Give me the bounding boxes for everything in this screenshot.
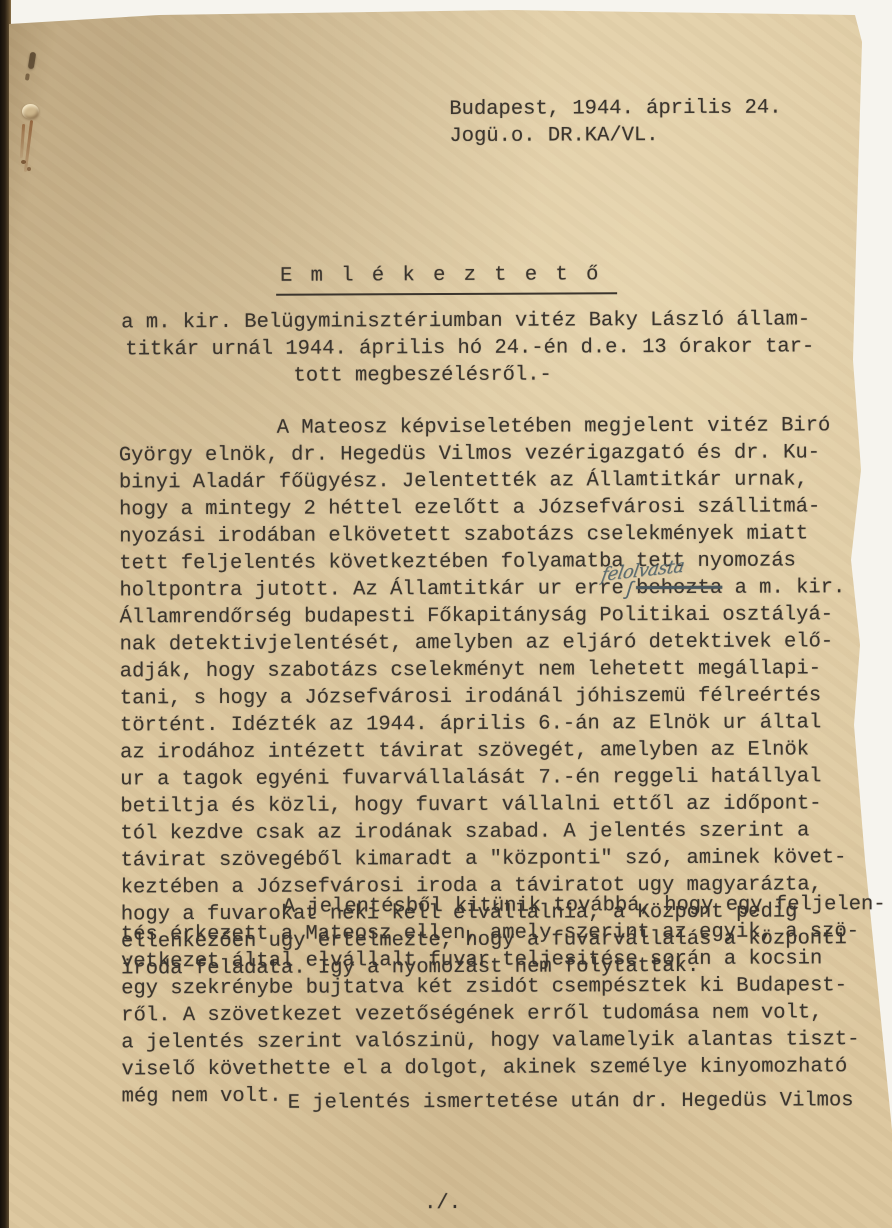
typed-line: nyozási irodában elkövetett szabotázs cs…	[119, 520, 845, 550]
body-paragraph-2: A jelentésből kitünik továbbá, hogy egy …	[121, 891, 887, 1110]
typed-line: tól kezdve csak az irodának szabad. A je…	[120, 817, 846, 847]
typed-line: az irodához intézett távirat szövegét, a…	[120, 736, 846, 766]
typed-line: ről. A szövetkezet vezetőségének erről t…	[121, 999, 886, 1029]
typed-text: holtpontra jutott. Az Államtitkár ur err…	[119, 577, 623, 602]
typed-line: egy szekrénybe bujtatva két zsidót csemp…	[121, 972, 886, 1002]
typed-line: ur a tagok egyéni fuvarvállalását 7.-én …	[120, 763, 846, 793]
typed-line: titkár urnál 1944. április hó 24.-én d.e…	[125, 333, 814, 363]
subject-paragraph: a m. kir. Belügyminisztériumban vitéz Ba…	[121, 306, 814, 390]
typed-line-with-correction: holtpontra jutott. Az Államtitkár ur err…	[119, 574, 845, 604]
rust-stain	[27, 167, 31, 171]
staple-hole-mark	[22, 104, 39, 119]
typed-line: a jelentés szerint valószinü, hogy valam…	[121, 1026, 886, 1056]
reference-line: Jogü.o. DR.KA/VL.	[449, 122, 781, 150]
typed-line: Államrendőrség budapesti Főkapitányság P…	[119, 601, 845, 631]
typed-line: a m. kir. Belügyminisztériumban vitéz Ba…	[121, 306, 814, 336]
typed-line: A jelentésből kitünik továbbá, hogy egy …	[121, 891, 886, 921]
typed-line: tett feljelentés következtében folyamatb…	[119, 547, 845, 577]
typed-line: távirat szövegéből kimaradt a "központi"…	[121, 844, 847, 874]
typed-line: A Mateosz képviseletében megjelent vitéz…	[119, 412, 845, 442]
page-continuation-mark: ./.	[424, 1190, 461, 1217]
typed-line: György elnök, dr. Hegedüs Vilmos vezérig…	[119, 439, 845, 469]
typed-line: történt. Idézték az 1944. április 6.-án …	[120, 709, 846, 739]
typed-text: a m. kir.	[722, 576, 845, 600]
typed-line: hogy a mintegy 2 héttel ezelőtt a József…	[119, 493, 845, 523]
rust-stain	[21, 160, 26, 164]
typed-line: tott megbeszélésről.-	[293, 360, 814, 389]
date-line: Budapest, 1944. április 24.	[449, 95, 781, 123]
typewritten-content: Budapest, 1944. április 24. Jogü.o. DR.K…	[0, 0, 892, 1228]
typed-line: adják, hogy szabotázs cselekményt nem le…	[120, 655, 846, 685]
closing-line: E jelentés ismertetése után dr. Hegedüs …	[122, 1087, 854, 1117]
document-title: E m l é k e z t e t ő	[276, 261, 617, 295]
typed-line: vetkezet által elvállalt fuvar teljesité…	[121, 945, 886, 975]
typed-line: viselő követhette el a dolgot, akinek sz…	[121, 1053, 886, 1083]
typed-line: tés érkezett a Mateosz ellen, amely szer…	[121, 918, 886, 948]
typed-line: betiltja és közli, hogy fuvart vállalni …	[120, 790, 846, 820]
document-header: Budapest, 1944. április 24. Jogü.o. DR.K…	[449, 95, 781, 150]
typed-line: tani, s hogy a Józsefvárosi irodánál jóh…	[120, 682, 846, 712]
title-text: E m l é k e z t e t ő	[276, 261, 617, 295]
typed-line: binyi Aladár főügyész. Jelentették az Ál…	[119, 466, 845, 496]
typed-line: nak detektivjelentését, amelyben az eljá…	[120, 628, 846, 658]
